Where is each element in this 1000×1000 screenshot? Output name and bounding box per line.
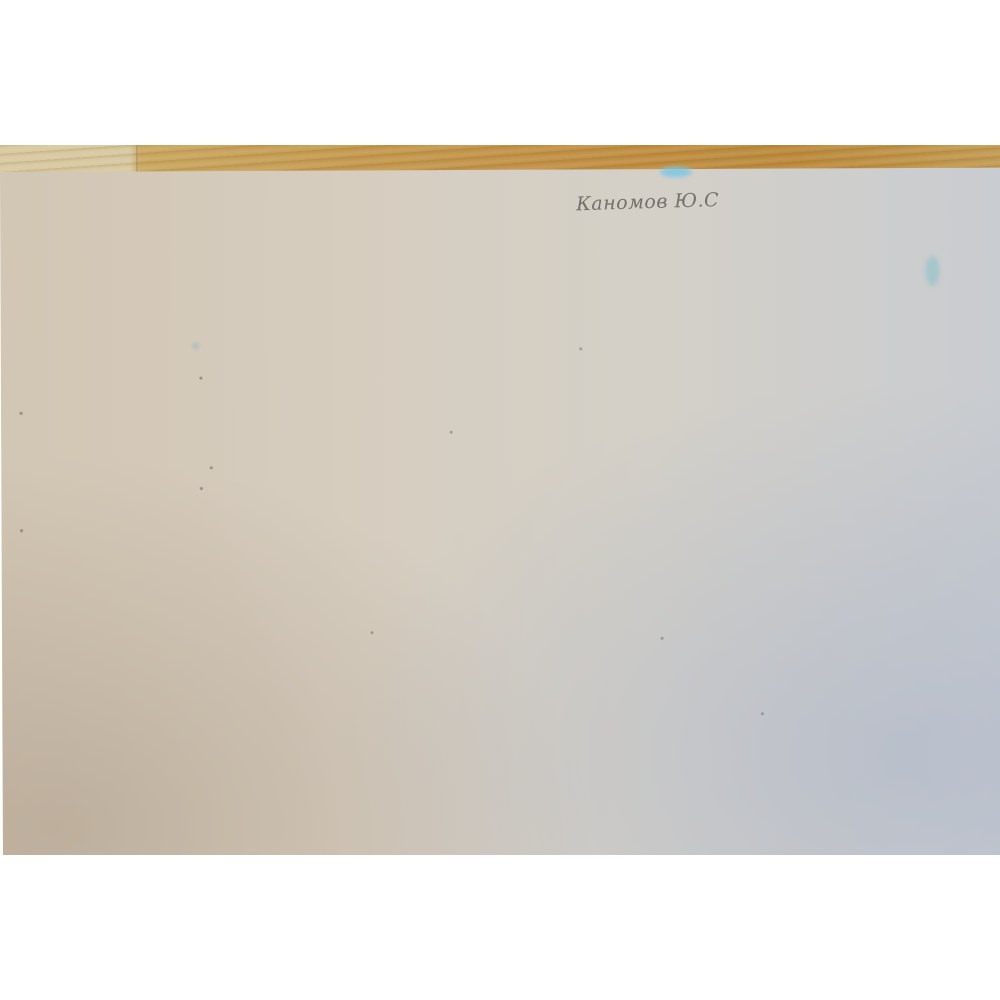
handwritten-signature: Каномов Ю.С [576, 189, 720, 215]
blue-paint-mark-left [193, 343, 199, 349]
image-canvas: Каномов Ю.С [0, 0, 1000, 1000]
blue-paint-mark-top [660, 167, 692, 177]
paper-sheet: Каномов Ю.С [0, 168, 1000, 855]
photograph: Каномов Ю.С [0, 145, 1000, 855]
blue-paint-mark-right [925, 256, 939, 286]
